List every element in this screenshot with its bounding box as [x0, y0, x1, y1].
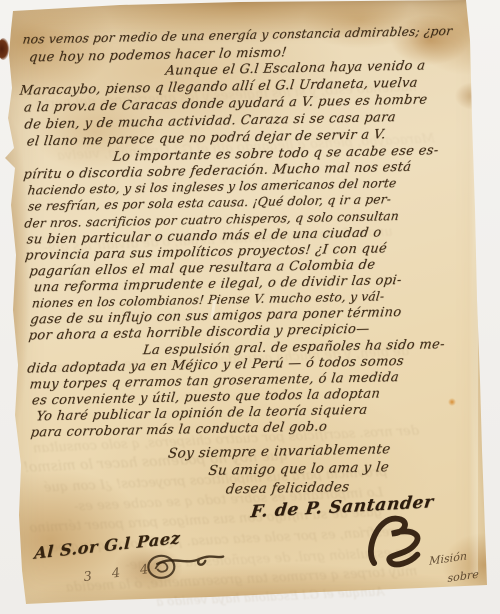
handwritten-line: nos vemos por medio de una energía y con…: [22, 24, 453, 47]
closing-line: Soy siempre e invariablemente: [167, 441, 391, 462]
circle-mark-icon: [145, 553, 178, 582]
letter-ink-layer: haciendo esto, y si los ingleses y los a…: [0, 0, 500, 614]
docket-note: sobre: [447, 568, 478, 585]
signature-rubric-icon: [356, 511, 435, 571]
closing-line: desea felicidades: [225, 479, 350, 498]
photograph-of-letter: haciendo esto, y si los ingleses y los a…: [0, 0, 500, 614]
